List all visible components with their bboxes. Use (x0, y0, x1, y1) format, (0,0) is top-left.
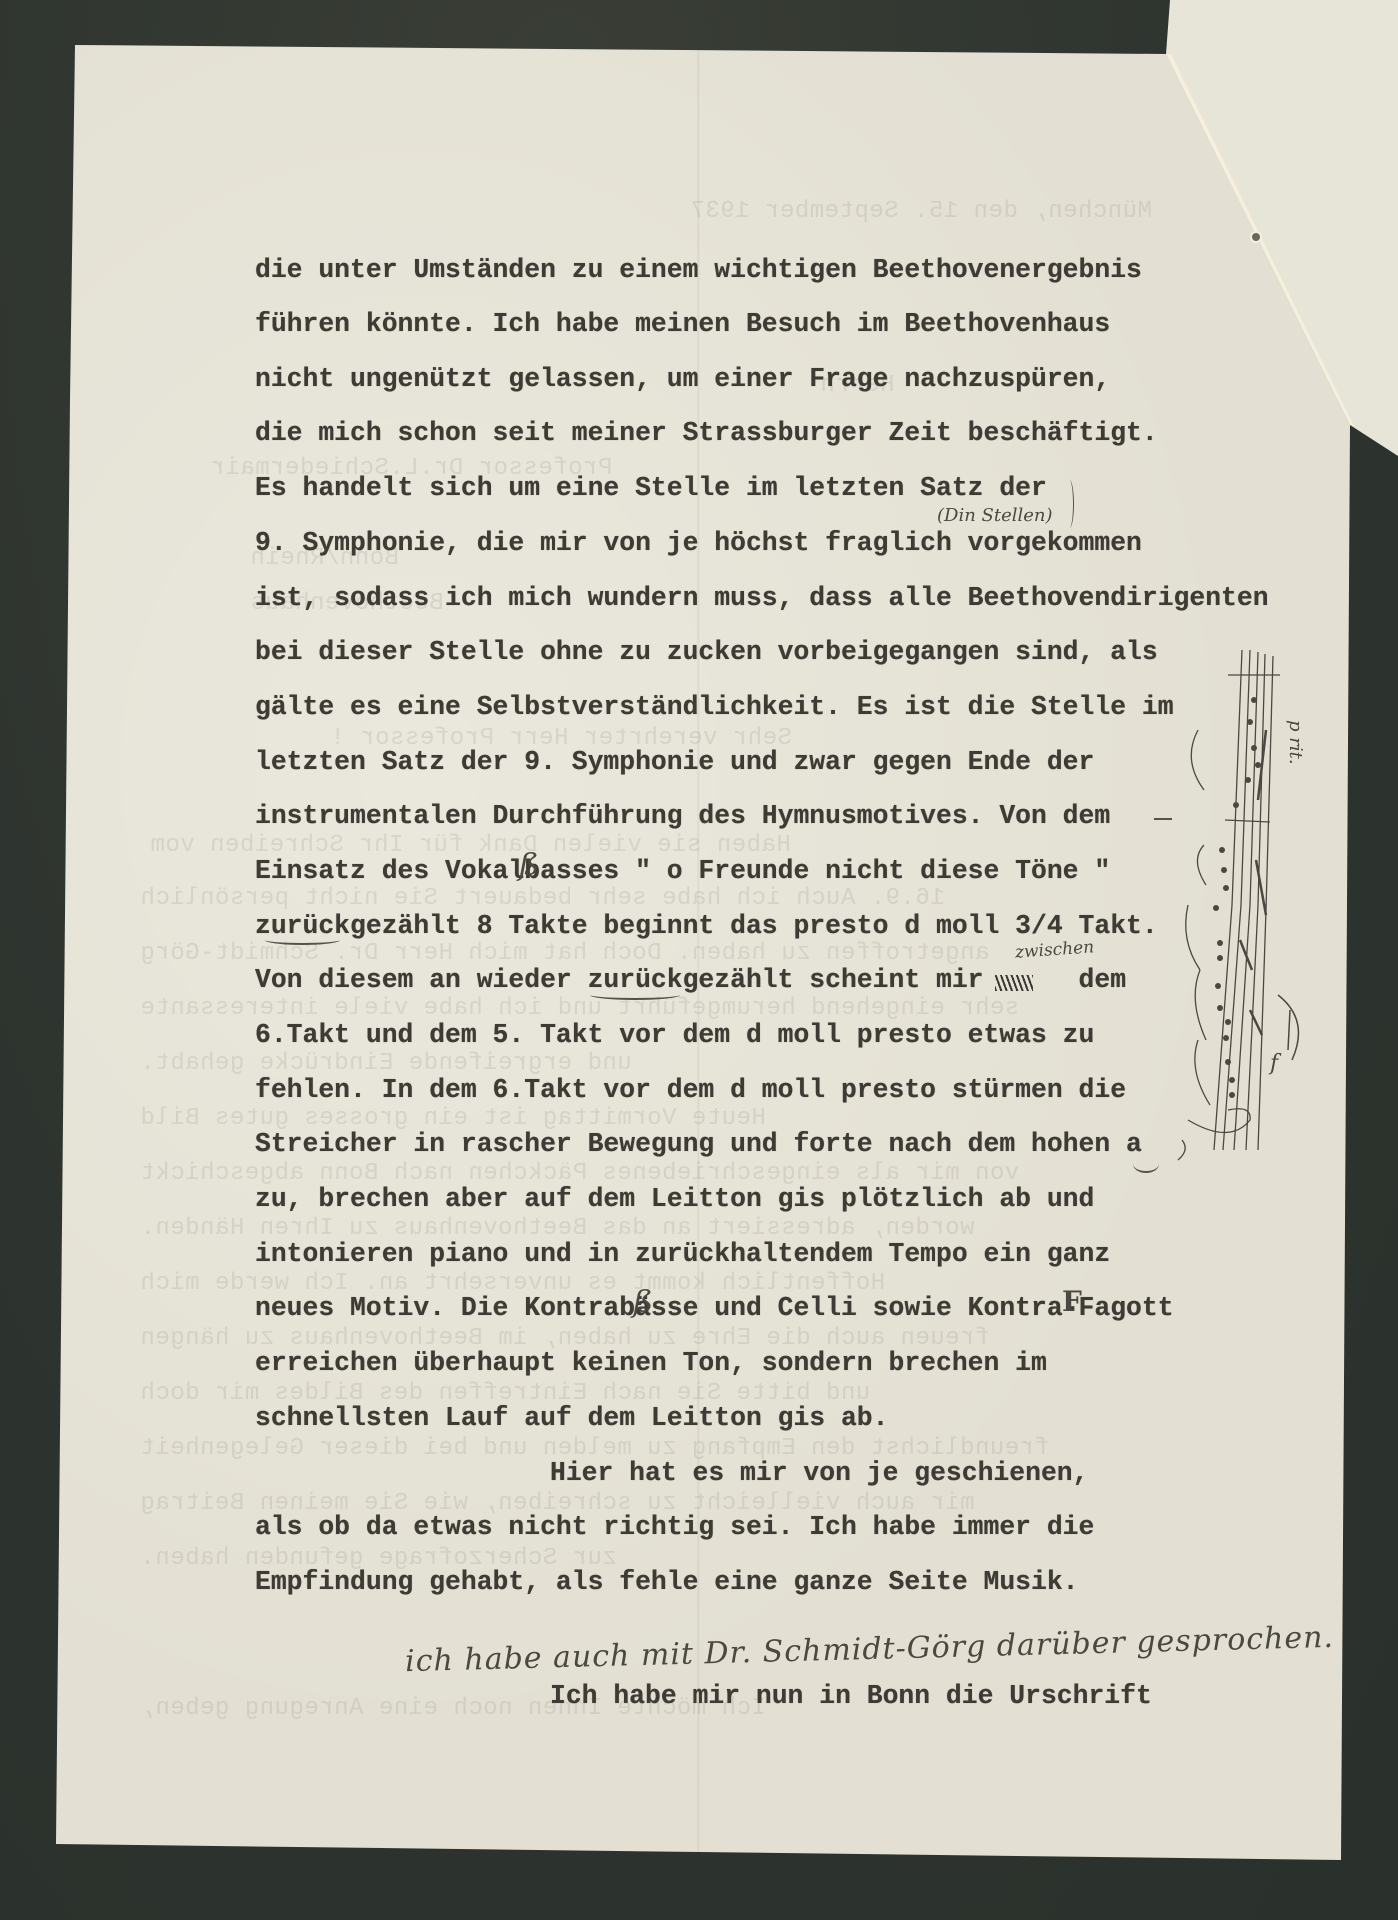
bleed-line: von mir als eingeschriebenes Päckchen na… (140, 1160, 1019, 1187)
bleed-line: und ergreifende Eindrücke gehabt. (140, 1050, 632, 1077)
correction-fagott: F (1062, 1285, 1082, 1318)
text-line: Ich habe mir nun in Bonn die Urschrift (550, 1681, 1152, 1711)
margin-paren (1065, 480, 1074, 528)
text-line: letzten Satz der 9. Symphonie und zwar g… (255, 747, 1094, 777)
text-line: Empfindung gehabt, als fehle eine ganze … (255, 1567, 1079, 1597)
text-line: schnellsten Lauf auf dem Leitton gis ab. (255, 1403, 888, 1433)
text-line: neues Motiv. Die Kontrabässe und Celli s… (255, 1293, 1174, 1323)
text-line: die mich schon seit meiner Strassburger … (255, 418, 1158, 448)
text-line: Es handelt sich um eine Stelle im letzte… (255, 473, 1047, 503)
text-line: ist, sodass ich mich wundern muss, dass … (255, 583, 1269, 613)
text-line: Streicher in rascher Bewegung und forte … (255, 1129, 1142, 1159)
margin-music-sketch-icon: p rit. f (1170, 640, 1320, 1180)
text-line: erreichen überhaupt keinen Ton, sondern … (255, 1348, 1047, 1378)
text-line: führen könnte. Ich habe meinen Besuch im… (255, 309, 1110, 339)
margin-dash (1154, 818, 1172, 820)
text-line: nicht ungenützt gelassen, um einer Frage… (255, 364, 1110, 394)
text-line: gälte es eine Selbstverständlichkeit. Es… (255, 692, 1174, 722)
text-line: als ob da etwas nicht richtig sei. Ich h… (255, 1512, 1094, 1542)
text-line: instrumentalen Durchführung des Hymnusmo… (255, 801, 1110, 831)
bleed-line: worden, adressiert an das Beethovenhaus … (140, 1215, 975, 1242)
underline-zurueck (265, 935, 340, 945)
text-line: die unter Umständen zu einem wichtigen B… (255, 255, 1142, 285)
staple-pin-icon (1252, 233, 1260, 241)
margin-note-din-stellen: (Din Stellen) (937, 505, 1053, 526)
bleed-line: Heute Vormittag ist ein grosses gutes Bi… (140, 1105, 766, 1132)
text-line: bei dieser Stelle ohne zu zucken vorbeig… (255, 637, 1158, 667)
correction-kontrabaesse: ß (633, 1285, 653, 1320)
bleed-line: 16.9. Auch ich habe sehr bedauert Sie ni… (140, 885, 945, 912)
correction-vokalbasses: ß (519, 848, 539, 883)
text-line: zu, brechen aber auf dem Leitton gis plö… (255, 1184, 1094, 1214)
text-line: Hier hat es mir von je geschienen, (550, 1458, 1088, 1488)
music-label-f: f (1268, 1051, 1282, 1076)
text-line: zurückgezählt 8 Takte beginnt das presto… (255, 911, 1158, 941)
underline-zurueck (590, 990, 680, 1000)
text-line: fehlen. In dem 6.Takt vor dem d moll pre… (255, 1075, 1126, 1105)
text-line: Einsatz des Vokalbasses " o Freunde nich… (255, 856, 1110, 886)
bleed-line: sehr eingehend herumgeführt und ich habe… (140, 995, 1019, 1022)
bleed-line: München, den 15. September 1937 (690, 198, 1152, 225)
margin-bracket (1133, 1155, 1159, 1173)
text-line: intonieren piano und in zurückhaltendem … (255, 1239, 1110, 1269)
bleed-line: angetroffen zu haben. Doch hat mich Herr… (140, 940, 989, 967)
bleed-line: Haben sie vielen Dank für Ihr Schreiben … (150, 832, 791, 859)
text-line: 6.Takt und dem 5. Takt vor dem d moll pr… (255, 1020, 1094, 1050)
text-line: 9. Symphonie, die mir von je höchst frag… (255, 528, 1142, 558)
struck-word-scribble (995, 975, 1033, 991)
music-label-p-rit: p rit. (1285, 720, 1306, 765)
